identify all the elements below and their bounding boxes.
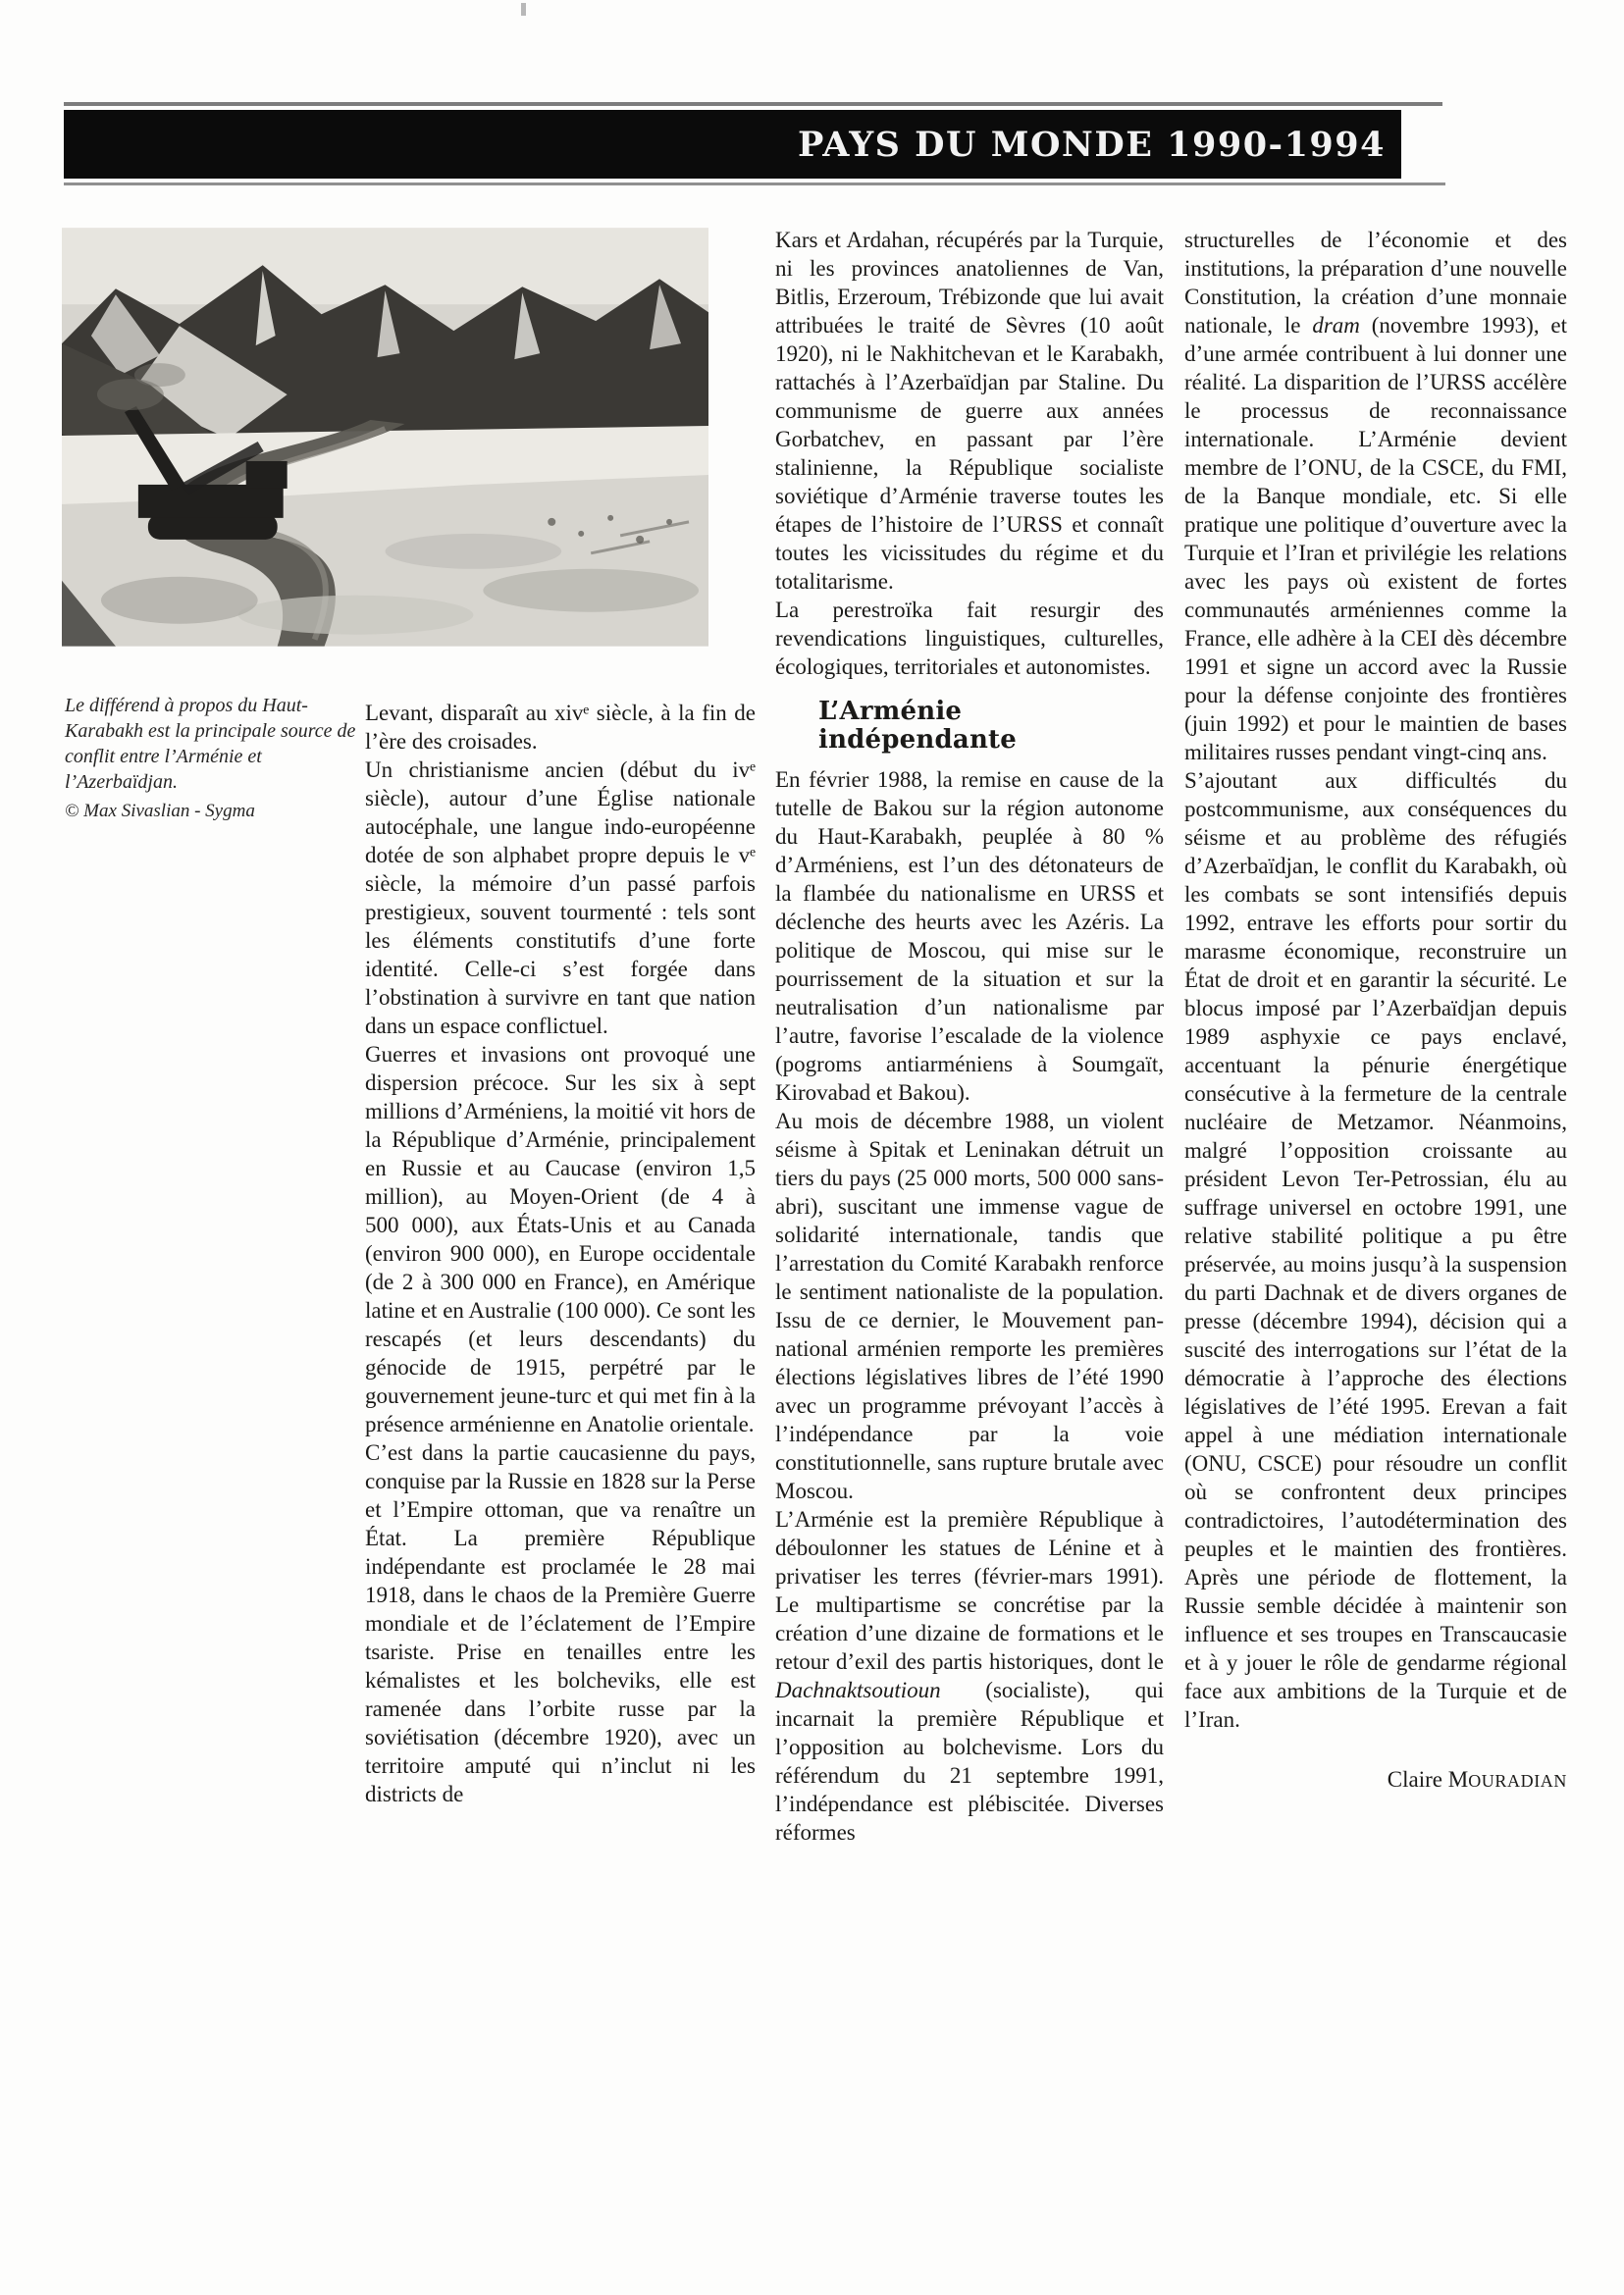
section-heading: L’Arménie indépendante <box>818 698 1164 755</box>
paragraph: C’est dans la partie caucasienne du pays… <box>365 1438 756 1808</box>
column-right: structurelles de l’économie et des insti… <box>1184 226 1567 1796</box>
paragraph: Au mois de décembre 1988, un violent séi… <box>775 1107 1164 1505</box>
italic-term: Dachnaktsoutioun <box>775 1678 941 1702</box>
photo-caption: Le différend à propos du Haut-Karabakh e… <box>65 693 373 795</box>
column-middle: Kars et Ardahan, récupérés par la Turqui… <box>775 226 1164 1847</box>
author-name-smallcaps: ouradian <box>1468 1771 1567 1791</box>
author-signature: Claire Mouradian <box>1184 1765 1567 1796</box>
photo-credit: © Max Sivaslian - Sygma <box>65 801 373 822</box>
paragraph: La perestroïka fait resurgir des revendi… <box>775 596 1164 681</box>
paragraph: structurelles de l’économie et des insti… <box>1184 226 1567 766</box>
paragraph: En février 1988, la remise en cause de l… <box>775 765 1164 1107</box>
page-header: PAYS DU MONDE 1990-1994 <box>64 110 1401 179</box>
paragraph: L’Arménie est la première République à d… <box>775 1505 1164 1847</box>
paragraph-text: (socialiste), qui incarnait la première … <box>775 1678 1164 1845</box>
author-name: Claire M <box>1388 1767 1468 1792</box>
paragraph-text: L’Arménie est la première République à d… <box>775 1507 1164 1674</box>
paragraph: Guerres et invasions ont provoqué une di… <box>365 1040 756 1438</box>
italic-term: dram <box>1312 313 1360 338</box>
paragraph: S’ajoutant aux difficultés du postcommun… <box>1184 766 1567 1734</box>
scan-artifact <box>521 3 526 16</box>
paragraph: Levant, disparaît au xivᵉ siècle, à la f… <box>365 699 756 756</box>
column-left: Levant, disparaît au xivᵉ siècle, à la f… <box>365 699 756 1808</box>
paragraph: Kars et Ardahan, récupérés par la Turqui… <box>775 226 1164 596</box>
magazine-page: PAYS DU MONDE 1990-1994 <box>0 0 1624 2295</box>
article-photo <box>62 228 708 647</box>
paragraph-text: (novembre 1993), et d’une armée contribu… <box>1184 313 1567 764</box>
header-rule-bottom <box>64 183 1445 185</box>
paragraph: Un christianisme ancien (début du ivᵉ si… <box>365 756 756 1040</box>
header-rule-top <box>64 102 1442 106</box>
photo-snowy-mountain-scene <box>62 228 708 647</box>
page-title: PAYS DU MONDE 1990-1994 <box>798 125 1401 165</box>
